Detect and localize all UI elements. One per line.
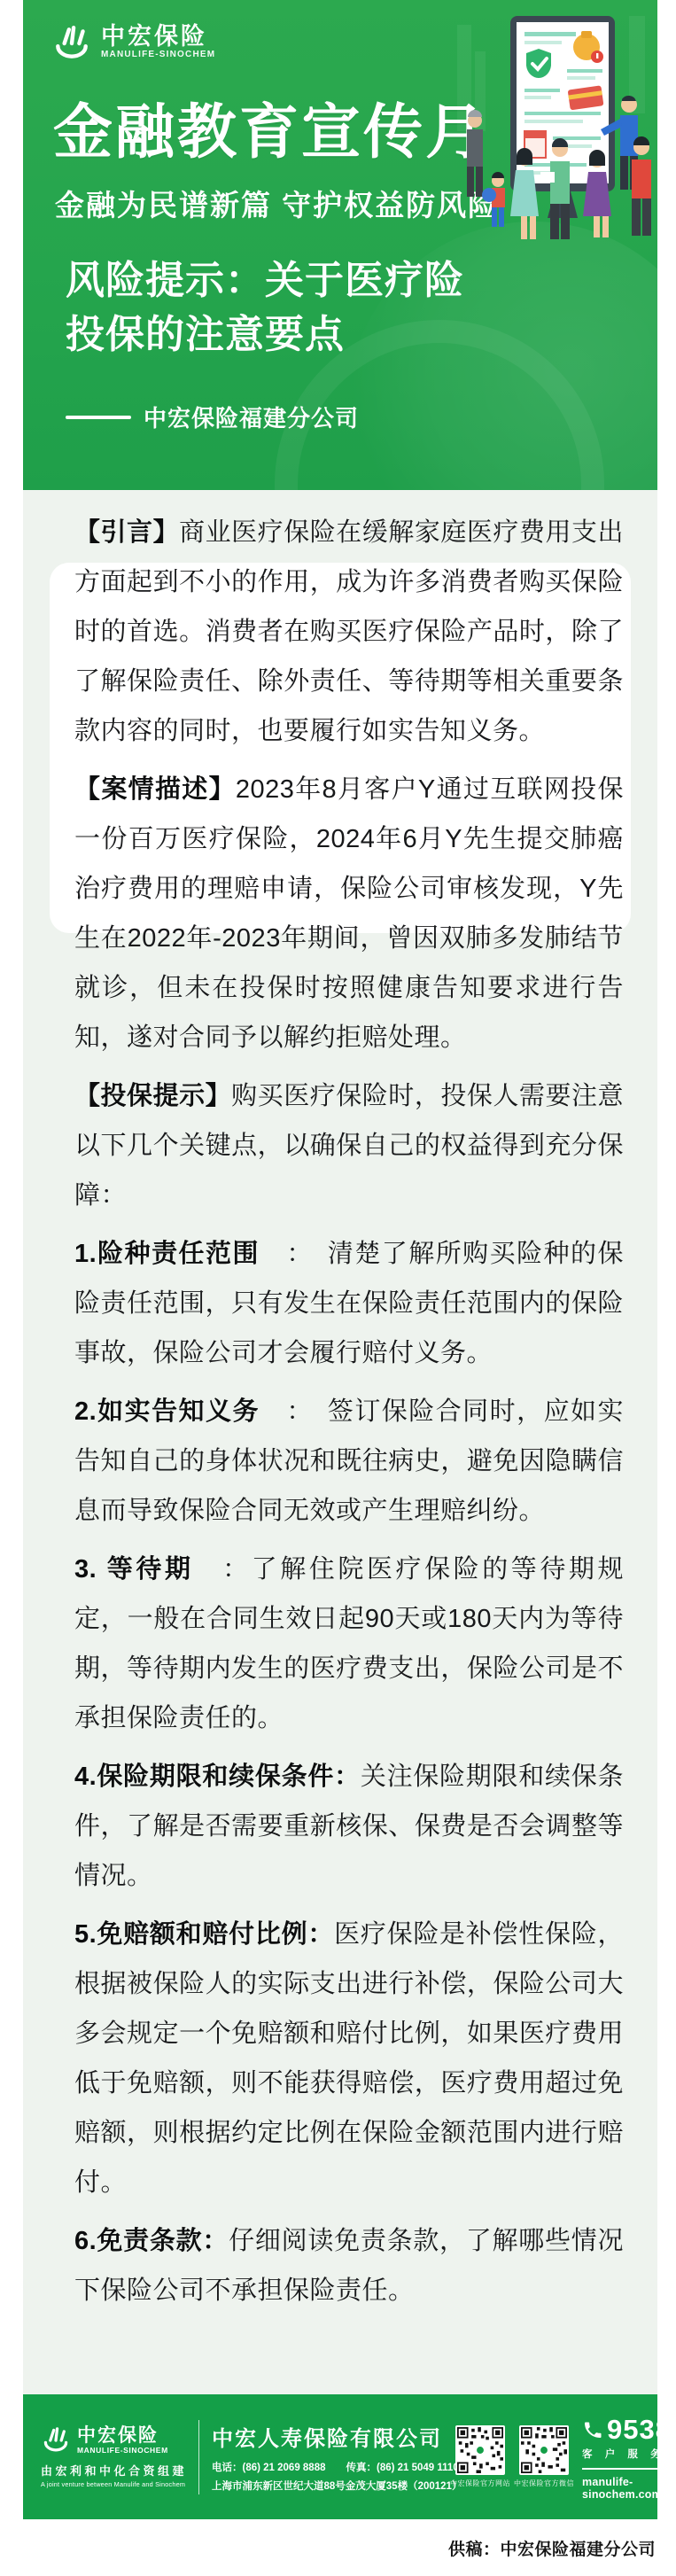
company-contact: 电话：(86) 21 2069 8888 传真：(86) 21 5049 111… bbox=[212, 2460, 449, 2474]
manulife-hand-icon bbox=[51, 23, 92, 64]
poster: 中宏保险 MANULIFE-SINOCHEM 金融教育宣传月 金融为民谱新篇 守… bbox=[23, 0, 657, 2576]
tip-item-1: 1.险种责任范围 ： 清楚了解所购买险种的保险责任范围，只有发生在保险责任范围内… bbox=[74, 1229, 624, 1378]
byline-text: 中宏保险福建分公司 bbox=[144, 401, 359, 433]
hero-header: 中宏保险 MANULIFE-SINOCHEM 金融教育宣传月 金融为民谱新篇 守… bbox=[23, 0, 657, 490]
tip-item-4: 4.保险期限和续保条件：关注保险期限和续保条件，了解是否需要重新核保、保费是否会… bbox=[74, 1752, 624, 1901]
hero-illustration bbox=[455, 7, 657, 261]
tip-label: 6.免责条款： bbox=[74, 2227, 229, 2255]
qr-wechat: 中宏保险官方微信 bbox=[517, 2425, 571, 2488]
byline-dash bbox=[66, 416, 131, 419]
tip-label: 3. 等待期 bbox=[74, 1555, 194, 1584]
paragraph-tips: 【投保提示】购买医疗保险时，投保人需要注意以下几个关键点，以确保自己的权益得到充… bbox=[74, 1071, 624, 1220]
footer-company-block: 中宏人寿保险有限公司 电话：(86) 21 2069 8888 传真：(86) … bbox=[212, 2421, 449, 2493]
paragraph-label: 【案情描述】 bbox=[74, 775, 236, 804]
tip-item-3: 3. 等待期 ：了解住院医疗保险的等待期规定，一般在合同生效日起90天或180天… bbox=[74, 1545, 624, 1743]
paragraph-intro: 【引言】商业医疗保险在缓解家庭医疗费用支出方面起到不小的作用，成为许多消费者购买… bbox=[74, 508, 624, 756]
footer-hotline-block: 95383 客 户 服 务 热 线 manulife-sinochem.com bbox=[582, 2414, 676, 2501]
footer-bar: 中宏保险 MANULIFE-SINOCHEM 由宏利和中化合资组建 A join… bbox=[23, 2394, 657, 2519]
paragraph-text: 2023年8月客户Y通过互联网投保一份百万医疗保险，2024年6月Y先生提交肺癌… bbox=[74, 775, 624, 1052]
qr-website: 中宏保险官方网站 bbox=[453, 2425, 508, 2488]
hotline-number: 95383 bbox=[607, 2414, 676, 2446]
footer-divider bbox=[198, 2420, 199, 2494]
hotline-rule bbox=[582, 2468, 676, 2470]
campaign-title: 金融教育宣传月 bbox=[53, 85, 487, 170]
tip-item-5: 5.免赔额和赔付比例：医疗保险是补偿性保险，根据被保险人的实际支出进行补偿，保险… bbox=[74, 1910, 624, 2207]
brand-logo: 中宏保险 MANULIFE-SINOCHEM bbox=[51, 23, 215, 64]
manulife-hand-icon bbox=[41, 2425, 71, 2455]
poster-page: 中宏保险 MANULIFE-SINOCHEM 金融教育宣传月 金融为民谱新篇 守… bbox=[0, 0, 676, 2576]
phone-icon bbox=[582, 2419, 603, 2440]
brand-name: 中宏保险 bbox=[101, 23, 215, 50]
tip-label: 1.险种责任范围 bbox=[74, 1240, 260, 1268]
qr-website-label: 中宏保险官方网站 bbox=[450, 2479, 510, 2488]
paragraph-case: 【案情描述】2023年8月客户Y通过互联网投保一份百万医疗保险，2024年6月Y… bbox=[74, 765, 624, 1062]
qr-website-image bbox=[455, 2425, 505, 2475]
company-name: 中宏人寿保险有限公司 bbox=[212, 2421, 449, 2452]
byline: 中宏保险福建分公司 bbox=[66, 401, 359, 433]
tip-label: 4.保险期限和续保条件： bbox=[74, 1763, 361, 1791]
qr-wechat-label: 中宏保险官方微信 bbox=[514, 2479, 574, 2488]
footer-tagline-en: A joint venture between Manulife and Sin… bbox=[41, 2480, 193, 2488]
hotline-label: 客 户 服 务 热 线 bbox=[582, 2447, 676, 2461]
credit-line: 供稿：中宏保险福建分公司 bbox=[23, 2519, 657, 2576]
qr-wechat-image bbox=[519, 2425, 569, 2475]
company-address: 上海市浦东新区世纪大道88号金茂大厦35楼（200121） bbox=[212, 2479, 449, 2493]
credit-text: 供稿：中宏保险福建分公司 bbox=[448, 2536, 657, 2560]
tip-text: 医疗保险是补偿性保险，根据被保险人的实际支出进行补偿，保险公司大多会规定一个免赔… bbox=[74, 1920, 624, 2197]
risk-notice-title: 风险提示：关于医疗险 投保的注意要点 bbox=[66, 253, 464, 362]
paragraph-text: 商业医疗保险在缓解家庭医疗费用支出方面起到不小的作用，成为许多消费者购买保险时的… bbox=[74, 518, 624, 745]
campaign-subtitle: 金融为民谱新篇 守护权益防风险 bbox=[55, 183, 499, 224]
footer-tagline-cn: 由宏利和中化合资组建 bbox=[41, 2462, 193, 2479]
paragraph-label: 【投保提示】 bbox=[74, 1082, 231, 1110]
footer-brand-name: 中宏保险 bbox=[77, 2425, 168, 2446]
risk-title-line1: 风险提示：关于医疗险 bbox=[66, 259, 464, 302]
brand-latin: MANULIFE-SINOCHEM bbox=[101, 50, 215, 59]
tip-label: 5.免赔额和赔付比例： bbox=[74, 1920, 334, 1949]
article-body: 【引言】商业医疗保险在缓解家庭医疗费用支出方面起到不小的作用，成为许多消费者购买… bbox=[23, 490, 657, 2394]
footer-brand-latin: MANULIFE-SINOCHEM bbox=[77, 2446, 168, 2455]
tip-label: 2.如实告知义务 bbox=[74, 1397, 260, 1426]
tip-item-6: 6.免责条款：仔细阅读免责条款，了解哪些情况下保险公司不承担保险责任。 bbox=[74, 2216, 624, 2315]
paragraph-label: 【引言】 bbox=[74, 518, 179, 547]
website-url: manulife-sinochem.com bbox=[582, 2476, 676, 2501]
footer-brand: 中宏保险 MANULIFE-SINOCHEM 由宏利和中化合资组建 A join… bbox=[41, 2425, 193, 2488]
risk-title-line2: 投保的注意要点 bbox=[66, 313, 345, 356]
tip-item-2: 2.如实告知义务 ： 签订保险合同时，应如实告知自己的身体状况和既往病史，避免因… bbox=[74, 1387, 624, 1536]
footer-qrcodes: 中宏保险官方网站 bbox=[453, 2425, 571, 2488]
